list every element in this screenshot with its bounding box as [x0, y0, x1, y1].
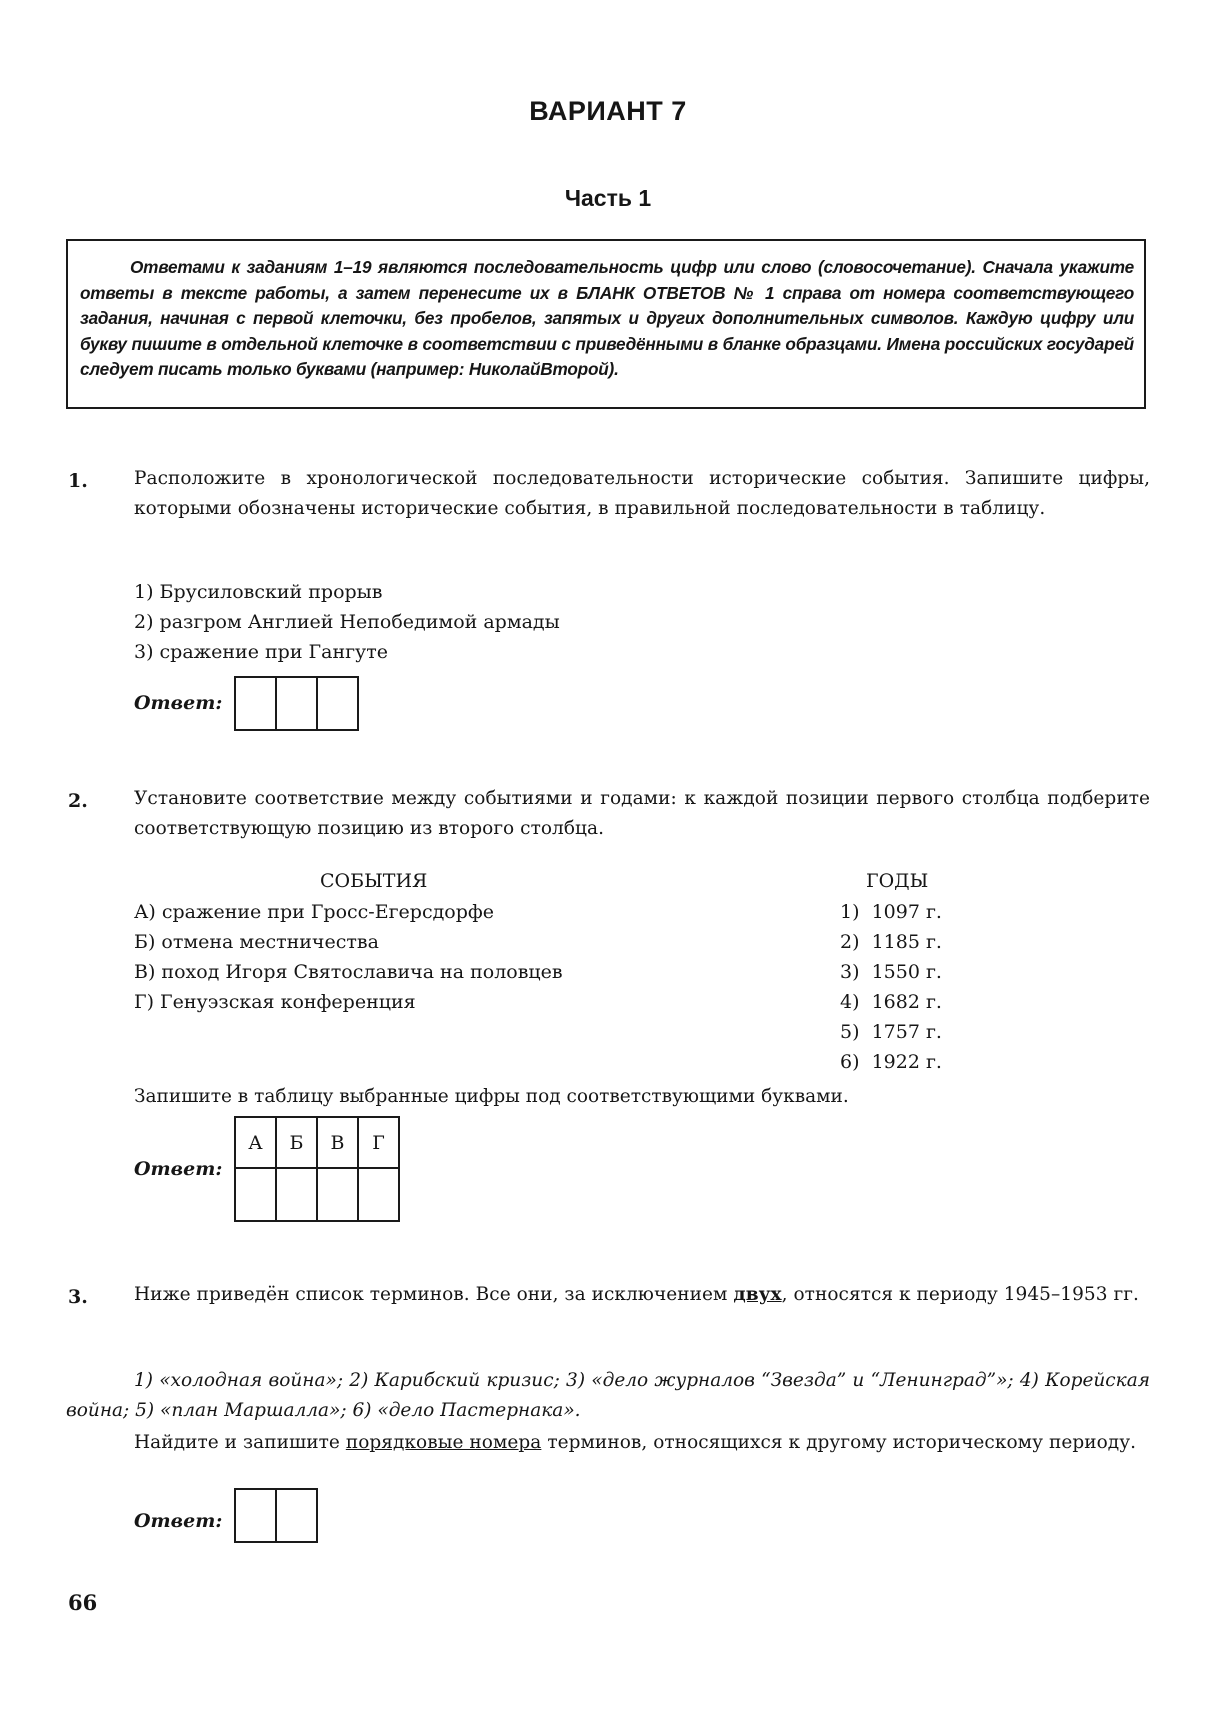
task-1-answer-grid — [234, 676, 359, 731]
task-3-question: Найдите и запишите порядковые номера тер… — [134, 1428, 1150, 1458]
task-1-item: 3) сражение при Гангуте — [134, 637, 388, 667]
page-number: 66 — [68, 1590, 97, 1615]
task-3-number: 3. — [68, 1286, 88, 1308]
task-3-question-emphasis: порядковые номера — [346, 1432, 542, 1453]
event-item: Б) отмена местничества — [134, 927, 379, 957]
task-1-answer-label: Ответ: — [134, 692, 222, 714]
task-3-text-after: , относятся к периоду 1945–1953 гг. — [782, 1284, 1139, 1305]
task-2-text: Установите соответствие между событиями … — [134, 784, 1150, 844]
task-3-emphasis: двух — [733, 1284, 781, 1305]
task-3-answer-grid — [234, 1488, 318, 1543]
task-2-number: 2. — [68, 790, 88, 812]
year-item: 6) 1922 г. — [840, 1047, 942, 1077]
task-2-answer-grid: А Б В Г — [234, 1116, 400, 1222]
year-item: 4) 1682 г. — [840, 987, 942, 1017]
answer-cell[interactable] — [276, 1168, 317, 1221]
task-3-terms: 1) «холодная война»; 2) Карибский кризис… — [66, 1366, 1150, 1426]
answer-cell[interactable] — [276, 677, 317, 730]
year-item: 5) 1757 г. — [840, 1017, 942, 1047]
events-header: СОБЫТИЯ — [320, 870, 427, 892]
task-3-question-after: терминов, относящихся к другому историче… — [541, 1432, 1136, 1453]
task-3-text-before: Ниже приведён список терминов. Все они, … — [134, 1284, 733, 1305]
variant-title: ВАРИАНТ 7 — [0, 96, 1216, 127]
answer-cell[interactable] — [317, 1168, 358, 1221]
answer-cell[interactable] — [235, 1489, 276, 1542]
table-header-a: А — [235, 1117, 276, 1168]
task-3-answer-label: Ответ: — [134, 1510, 222, 1532]
instructions-box: Ответами к заданиям 1–19 являются послед… — [66, 239, 1146, 409]
task-3-text: Ниже приведён список терминов. Все они, … — [134, 1280, 1150, 1310]
event-item: В) поход Игоря Святославича на половцев — [134, 957, 563, 987]
year-item: 2) 1185 г. — [840, 927, 942, 957]
task-1-text: Расположите в хронологической последоват… — [134, 464, 1150, 524]
answer-cell[interactable] — [276, 1489, 317, 1542]
task-3-question-before: Найдите и запишите — [134, 1432, 346, 1453]
task-1-item: 2) разгром Англией Непобедимой армады — [134, 607, 560, 637]
event-item: Г) Генуэзская конференция — [134, 987, 416, 1017]
answer-cell[interactable] — [317, 677, 358, 730]
task-1-number: 1. — [68, 470, 88, 492]
answer-cell[interactable] — [235, 1168, 276, 1221]
table-header-b: Б — [276, 1117, 317, 1168]
task-2-instruction: Запишите в таблицу выбранные цифры под с… — [134, 1082, 849, 1112]
table-header-v: В — [317, 1117, 358, 1168]
task-2-answer-label: Ответ: — [134, 1158, 222, 1180]
answer-cell[interactable] — [358, 1168, 399, 1221]
year-item: 1) 1097 г. — [840, 897, 942, 927]
event-item: А) сражение при Гросс-Егерсдорфе — [134, 897, 494, 927]
year-item: 3) 1550 г. — [840, 957, 942, 987]
answer-cell[interactable] — [235, 677, 276, 730]
part-title: Часть 1 — [0, 185, 1216, 212]
years-header: ГОДЫ — [866, 870, 928, 892]
task-1-item: 1) Брусиловский прорыв — [134, 577, 382, 607]
table-header-g: Г — [358, 1117, 399, 1168]
